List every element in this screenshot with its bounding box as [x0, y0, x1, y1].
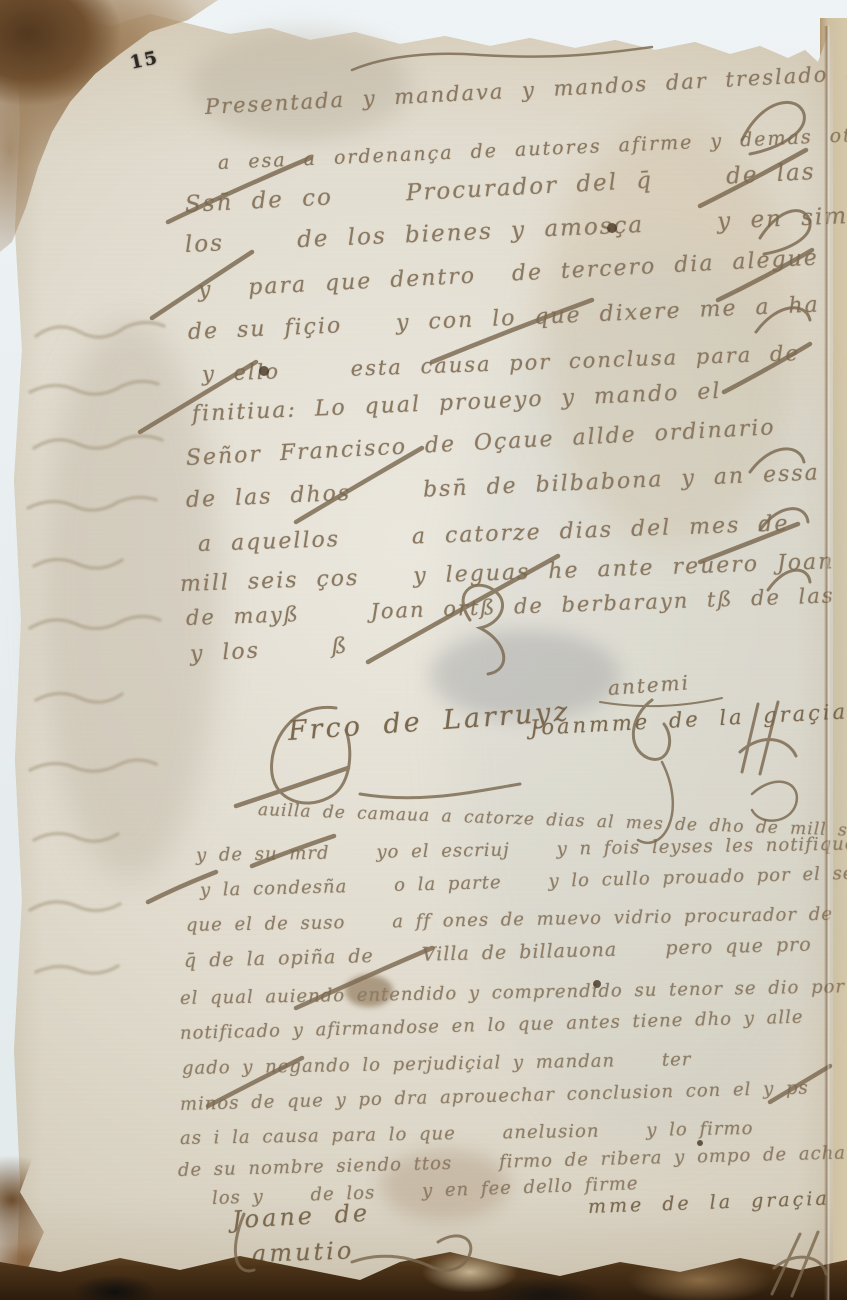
scanned-manuscript-page: 15 Presentada y mandava y mandos dar tre… — [0, 0, 847, 1300]
page-fold-crease — [824, 26, 830, 1300]
